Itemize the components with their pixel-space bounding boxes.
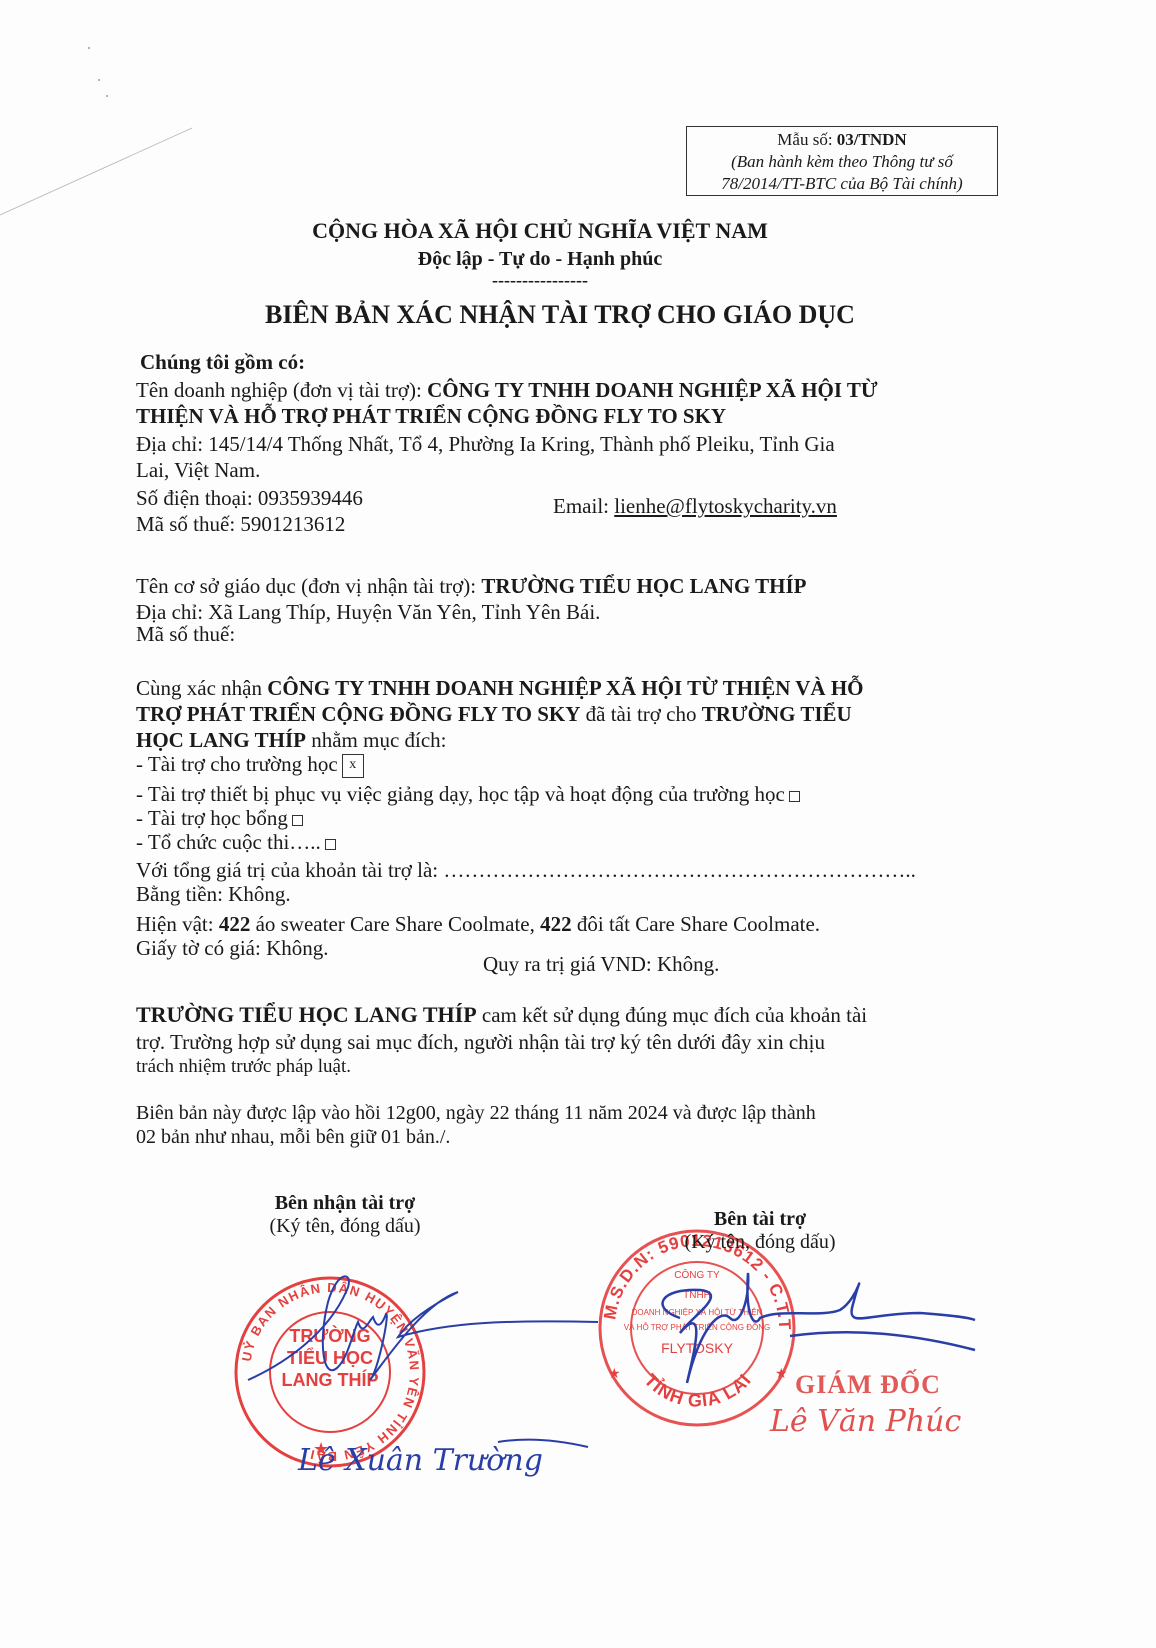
- svg-text:TRƯỜNG: TRƯỜNG: [289, 1325, 370, 1346]
- purpose-label: - Tổ chức cuộc thi…..: [136, 830, 321, 854]
- recipient-name-row: Tên cơ sở giáo dục (đơn vị nhận tài trợ)…: [136, 574, 807, 599]
- form-number-box: Mẫu số: 03/TNDN (Ban hành kèm theo Thông…: [686, 126, 998, 196]
- purpose-label: - Tài trợ học bổng: [136, 806, 288, 830]
- total-value-dots: …………………………………………………………..: [443, 858, 916, 882]
- closing-line1: Biên bản này được lập vào hồi 12g00, ngà…: [136, 1102, 816, 1125]
- inkind-item-sweaters: áo sweater Care Share Coolmate,: [250, 912, 540, 936]
- svg-text:★: ★: [608, 1367, 621, 1382]
- recipient-stamp-and-signature: UỶ BAN NHÂN DÂN HUYỆN VĂN YÊN TỈNH YÊN B…: [228, 1262, 608, 1502]
- sponsor-email-row: Email: lienhe@flytoskycharity.vn: [553, 494, 837, 519]
- inkind-qty-socks: 422: [540, 912, 572, 936]
- sponsor-email-link[interactable]: lienhe@flytoskycharity.vn: [614, 494, 837, 518]
- svg-text:LANG THÍP: LANG THÍP: [282, 1369, 379, 1390]
- commitment-line3: trách nhiệm trước pháp luật.: [136, 1056, 351, 1078]
- sponsor-address-line2: Lai, Việt Nam.: [136, 458, 260, 483]
- sponsor-tax-code: Mã số thuế: 5901213612: [136, 512, 345, 537]
- recipient-sign-note: (Ký tên, đóng dấu): [240, 1215, 450, 1238]
- purpose-checkbox[interactable]: [325, 839, 336, 850]
- intro-label: Chúng tôi gồm có:: [140, 350, 305, 375]
- confirmation-mid: đã tài trợ cho: [580, 702, 701, 726]
- recipient-name: TRƯỜNG TIỂU HỌC LANG THÍP: [481, 574, 806, 598]
- form-number: 03/TNDN: [837, 130, 907, 149]
- sponsor-name-line1: Tên doanh nghiệp (đơn vị tài trợ): CÔNG …: [136, 378, 878, 403]
- svg-text:TỈNH GIA LAI: TỈNH GIA LAI: [640, 1370, 755, 1411]
- motto: Độc lập - Tự do - Hạnh phúc: [0, 248, 1080, 271]
- cash-value: Bằng tiền: Không.: [136, 882, 291, 907]
- svg-text:CÔNG TY: CÔNG TY: [674, 1268, 720, 1281]
- inkind-label: Hiện vật:: [136, 912, 219, 936]
- commitment-text-part1: cam kết sử dụng đúng mục đích của khoản …: [477, 1003, 867, 1027]
- confirmation-school-part1: TRƯỜNG TIỂU: [702, 702, 852, 726]
- recipient-name-label: Tên cơ sở giáo dục (đơn vị nhận tài trợ)…: [136, 574, 481, 598]
- purpose-checkbox[interactable]: [789, 791, 800, 802]
- svg-text:★: ★: [775, 1367, 788, 1382]
- confirmation-school-part2: HỌC LANG THÍP: [136, 728, 306, 752]
- purpose-item-contest: - Tổ chức cuộc thi…..: [136, 830, 336, 855]
- sponsor-signer-name: Lê Văn Phúc: [770, 1404, 961, 1439]
- document-title: BIÊN BẢN XÁC NHẬN TÀI TRỢ CHO GIÁO DỤC: [20, 300, 1100, 330]
- confirmation-line1: Cùng xác nhận CÔNG TY TNHH DOANH NGHIỆP …: [136, 676, 864, 701]
- inkind-qty-sweaters: 422: [219, 912, 251, 936]
- commitment-line2: trợ. Trường hợp sử dụng sai mục đích, ng…: [136, 1030, 825, 1055]
- form-issued-line1: (Ban hành kèm theo Thông tư số: [687, 151, 997, 173]
- purpose-checkbox[interactable]: [292, 815, 303, 826]
- director-title: GIÁM ĐỐC: [795, 1370, 941, 1400]
- email-label: Email:: [553, 494, 614, 518]
- header-divider: ----------------: [0, 270, 1080, 291]
- confirmation-company-part2: TRỢ PHÁT TRIỂN CỘNG ĐỒNG FLY TO SKY: [136, 702, 580, 726]
- sponsor-name-line2: THIỆN VÀ HỖ TRỢ PHÁT TRIỂN CỘNG ĐỒNG FLY…: [136, 404, 726, 429]
- confirmation-prefix: Cùng xác nhận: [136, 676, 267, 700]
- confirmation-suffix: nhằm mục đích:: [306, 728, 447, 752]
- sponsor-address-line1: Địa chỉ: 145/14/4 Thống Nhất, Tổ 4, Phườ…: [136, 432, 835, 457]
- recipient-sign-title: Bên nhận tài trợ: [240, 1192, 450, 1215]
- sponsor-name-label: Tên doanh nghiệp (đơn vị tài trợ):: [136, 378, 427, 402]
- inkind-item-socks: đôi tất Care Share Coolmate.: [572, 912, 820, 936]
- total-value-label: Với tổng giá trị của khoản tài trợ là:: [136, 858, 443, 882]
- purpose-item-scholarship: - Tài trợ học bổng: [136, 806, 303, 831]
- commitment-school: TRƯỜNG TIỂU HỌC LANG THÍP: [136, 1002, 477, 1027]
- vnd-value: Quy ra trị giá VND: Không.: [483, 952, 719, 977]
- svg-text:TIỂU HỌC: TIỂU HỌC: [287, 1347, 373, 1368]
- svg-text:Lê Xuân Trường: Lê Xuân Trường: [297, 1443, 543, 1478]
- form-label: Mẫu số:: [777, 130, 837, 149]
- purpose-item-school: - Tài trợ cho trường họcx: [136, 752, 364, 778]
- purpose-checkbox-checked[interactable]: x: [342, 754, 364, 778]
- sponsor-name-part1: CÔNG TY TNHH DOANH NGHIỆP XÃ HỘI TỪ: [427, 378, 878, 402]
- inkind-row: Hiện vật: 422 áo sweater Care Share Cool…: [136, 912, 820, 937]
- form-issued-line2: 78/2014/TT-BTC của Bộ Tài chính): [687, 173, 997, 195]
- nation-title: CỘNG HÒA XÃ HỘI CHỦ NGHĨA VIỆT NAM: [0, 218, 1080, 244]
- confirmation-company-part1: CÔNG TY TNHH DOANH NGHIỆP XÃ HỘI TỪ THIỆ…: [267, 676, 863, 700]
- sponsor-sign-title: Bên tài trợ: [655, 1208, 865, 1231]
- confirmation-line2: TRỢ PHÁT TRIỂN CỘNG ĐỒNG FLY TO SKY đã t…: [136, 702, 852, 727]
- commitment-line1: TRƯỜNG TIỂU HỌC LANG THÍP cam kết sử dụn…: [136, 1002, 867, 1028]
- sponsor-sign-note: (Ký tên, đóng dấu): [655, 1231, 865, 1254]
- papers-value: Giấy tờ có giá: Không.: [136, 936, 329, 961]
- purpose-item-equipment: - Tài trợ thiết bị phục vụ việc giảng dạ…: [136, 782, 800, 807]
- sponsor-phone: Số điện thoại: 0935939446: [136, 486, 363, 511]
- sponsor-signature-heading: Bên tài trợ (Ký tên, đóng dấu): [655, 1208, 865, 1254]
- closing-line2: 02 bản như nhau, mỗi bên giữ 01 bản./.: [136, 1126, 450, 1149]
- scan-artifact: [0, 0, 200, 230]
- confirmation-line3: HỌC LANG THÍP nhằm mục đích:: [136, 728, 447, 753]
- recipient-tax-code: Mã số thuế:: [136, 622, 235, 647]
- total-value-row: Với tổng giá trị của khoản tài trợ là: ……: [136, 858, 916, 883]
- purpose-label: - Tài trợ cho trường học: [136, 752, 338, 776]
- purpose-label: - Tài trợ thiết bị phục vụ việc giảng dạ…: [136, 782, 785, 806]
- recipient-signature-heading: Bên nhận tài trợ (Ký tên, đóng dấu): [240, 1192, 450, 1238]
